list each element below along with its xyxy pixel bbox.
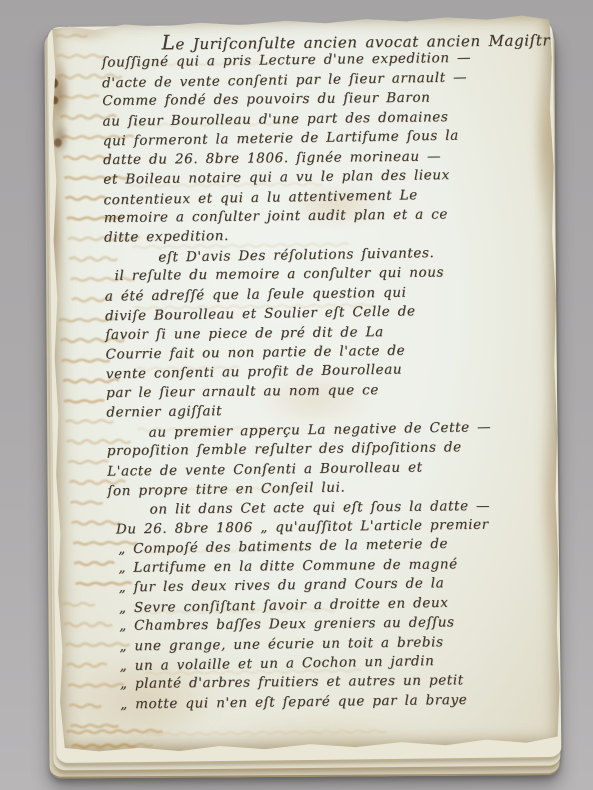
bleed-ink-squiggle xyxy=(73,744,153,747)
bleed-ink-squiggle xyxy=(70,725,118,728)
manuscript-photo: Le Juriſconſulte ancien avocat ancien Ma… xyxy=(0,0,593,790)
paper-sheet: Le Juriſconſulte ancien avocat ancien Ma… xyxy=(49,14,562,754)
bleed-ink-squiggle xyxy=(63,603,95,606)
bleed-ink-squiggle xyxy=(55,35,87,37)
bleed-ink-squiggle xyxy=(69,704,101,707)
bleed-ink-squiggle xyxy=(62,359,110,362)
bleed-ink-squiggle xyxy=(64,623,112,627)
bleed-ink-squiggle xyxy=(71,501,103,504)
bleed-ink-squiggle xyxy=(68,461,108,464)
manuscript-line-25: on lit dans Cet acte qui eſt ſous la dat… xyxy=(150,496,558,520)
bleed-ink-squiggle xyxy=(147,730,387,736)
bleed-ink-squiggle xyxy=(64,400,104,403)
manuscript-line-16: ſavoir ſi une piece de pré dit de La xyxy=(105,321,555,345)
bleed-ink-squiggle xyxy=(66,197,106,200)
bleed-ink-squiggle xyxy=(67,663,107,667)
bleed-ink-squiggle xyxy=(57,55,105,58)
manuscript-text-block: Le Juriſconſulte ancien avocat ancien Ma… xyxy=(101,29,560,715)
manuscript-line-1: Le Juriſconſulte ancien avocat ancien Ma… xyxy=(161,29,551,53)
bleed-ink-squiggle xyxy=(59,95,99,98)
